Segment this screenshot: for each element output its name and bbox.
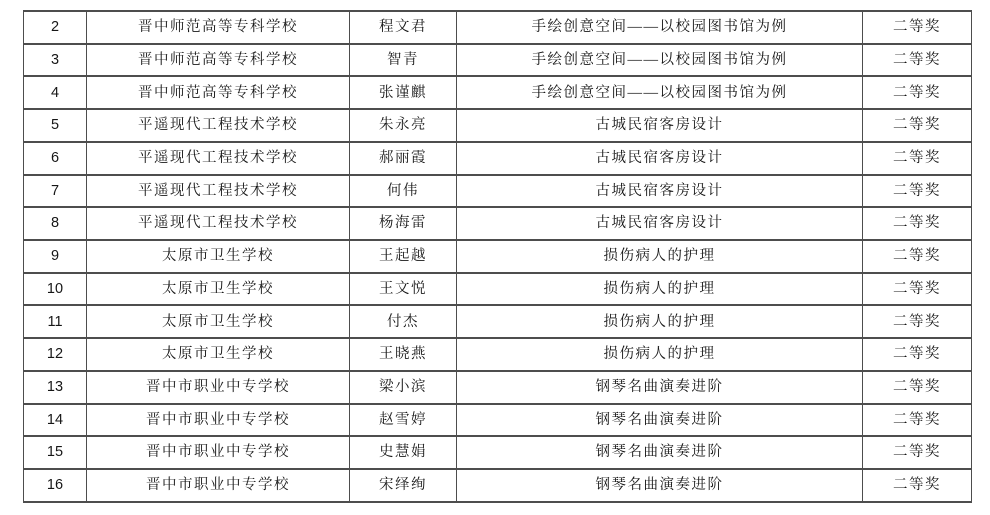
row-index-cell: 15 <box>24 436 87 469</box>
award-table: 2 晋中师范高等专科学校 程文君 手绘创意空间——以校园图书馆为例 二等奖 3 … <box>23 10 972 503</box>
school-name-cell: 平遥现代工程技术学校 <box>87 207 350 240</box>
award-level-cell: 二等奖 <box>863 404 972 437</box>
table-row: 15 晋中市职业中专学校 史慧娟 钢琴名曲演奏进阶 二等奖 <box>24 436 972 469</box>
table-row: 10 太原市卫生学校 王文悦 损伤病人的护理 二等奖 <box>24 273 972 306</box>
document-page: 2 晋中师范高等专科学校 程文君 手绘创意空间——以校园图书馆为例 二等奖 3 … <box>0 0 990 515</box>
project-title-cell: 钢琴名曲演奏进阶 <box>457 371 863 404</box>
award-level-cell: 二等奖 <box>863 305 972 338</box>
person-name-cell: 付杰 <box>350 305 457 338</box>
award-level-cell: 二等奖 <box>863 175 972 208</box>
row-index-cell: 16 <box>24 469 87 502</box>
person-name-cell: 张谨麒 <box>350 76 457 109</box>
person-name-cell: 郝丽霞 <box>350 142 457 175</box>
award-table-body: 2 晋中师范高等专科学校 程文君 手绘创意空间——以校园图书馆为例 二等奖 3 … <box>24 11 972 502</box>
school-name-cell: 晋中师范高等专科学校 <box>87 11 350 44</box>
table-row: 12 太原市卫生学校 王晓燕 损伤病人的护理 二等奖 <box>24 338 972 371</box>
award-level-cell: 二等奖 <box>863 207 972 240</box>
project-title-cell: 手绘创意空间——以校园图书馆为例 <box>457 44 863 77</box>
table-row: 9 太原市卫生学校 王起越 损伤病人的护理 二等奖 <box>24 240 972 273</box>
row-index-cell: 12 <box>24 338 87 371</box>
row-index-cell: 6 <box>24 142 87 175</box>
row-index-cell: 2 <box>24 11 87 44</box>
table-row: 14 晋中市职业中专学校 赵雪婷 钢琴名曲演奏进阶 二等奖 <box>24 404 972 437</box>
project-title-cell: 古城民宿客房设计 <box>457 207 863 240</box>
person-name-cell: 王起越 <box>350 240 457 273</box>
school-name-cell: 平遥现代工程技术学校 <box>87 175 350 208</box>
project-title-cell: 手绘创意空间——以校园图书馆为例 <box>457 11 863 44</box>
award-level-cell: 二等奖 <box>863 109 972 142</box>
row-index-cell: 4 <box>24 76 87 109</box>
table-row: 11 太原市卫生学校 付杰 损伤病人的护理 二等奖 <box>24 305 972 338</box>
award-level-cell: 二等奖 <box>863 11 972 44</box>
row-index-cell: 11 <box>24 305 87 338</box>
table-row: 6 平遥现代工程技术学校 郝丽霞 古城民宿客房设计 二等奖 <box>24 142 972 175</box>
school-name-cell: 太原市卫生学校 <box>87 273 350 306</box>
row-index-cell: 8 <box>24 207 87 240</box>
table-row: 3 晋中师范高等专科学校 智青 手绘创意空间——以校园图书馆为例 二等奖 <box>24 44 972 77</box>
person-name-cell: 赵雪婷 <box>350 404 457 437</box>
person-name-cell: 杨海雷 <box>350 207 457 240</box>
table-row: 7 平遥现代工程技术学校 何伟 古城民宿客房设计 二等奖 <box>24 175 972 208</box>
school-name-cell: 太原市卫生学校 <box>87 240 350 273</box>
award-level-cell: 二等奖 <box>863 240 972 273</box>
project-title-cell: 古城民宿客房设计 <box>457 109 863 142</box>
person-name-cell: 史慧娟 <box>350 436 457 469</box>
row-index-cell: 13 <box>24 371 87 404</box>
table-row: 13 晋中市职业中专学校 梁小滨 钢琴名曲演奏进阶 二等奖 <box>24 371 972 404</box>
school-name-cell: 晋中师范高等专科学校 <box>87 44 350 77</box>
project-title-cell: 古城民宿客房设计 <box>457 142 863 175</box>
row-index-cell: 9 <box>24 240 87 273</box>
award-level-cell: 二等奖 <box>863 76 972 109</box>
person-name-cell: 程文君 <box>350 11 457 44</box>
table-row: 4 晋中师范高等专科学校 张谨麒 手绘创意空间——以校园图书馆为例 二等奖 <box>24 76 972 109</box>
table-row: 8 平遥现代工程技术学校 杨海雷 古城民宿客房设计 二等奖 <box>24 207 972 240</box>
school-name-cell: 晋中师范高等专科学校 <box>87 76 350 109</box>
table-row: 16 晋中市职业中专学校 宋绎绚 钢琴名曲演奏进阶 二等奖 <box>24 469 972 502</box>
award-level-cell: 二等奖 <box>863 44 972 77</box>
project-title-cell: 钢琴名曲演奏进阶 <box>457 404 863 437</box>
school-name-cell: 太原市卫生学校 <box>87 305 350 338</box>
award-level-cell: 二等奖 <box>863 371 972 404</box>
table-row: 2 晋中师范高等专科学校 程文君 手绘创意空间——以校园图书馆为例 二等奖 <box>24 11 972 44</box>
award-level-cell: 二等奖 <box>863 469 972 502</box>
project-title-cell: 手绘创意空间——以校园图书馆为例 <box>457 76 863 109</box>
project-title-cell: 损伤病人的护理 <box>457 338 863 371</box>
person-name-cell: 宋绎绚 <box>350 469 457 502</box>
person-name-cell: 王晓燕 <box>350 338 457 371</box>
table-row: 5 平遥现代工程技术学校 朱永亮 古城民宿客房设计 二等奖 <box>24 109 972 142</box>
person-name-cell: 何伟 <box>350 175 457 208</box>
award-level-cell: 二等奖 <box>863 142 972 175</box>
school-name-cell: 晋中市职业中专学校 <box>87 436 350 469</box>
project-title-cell: 钢琴名曲演奏进阶 <box>457 436 863 469</box>
person-name-cell: 智青 <box>350 44 457 77</box>
project-title-cell: 损伤病人的护理 <box>457 273 863 306</box>
award-level-cell: 二等奖 <box>863 273 972 306</box>
school-name-cell: 晋中市职业中专学校 <box>87 371 350 404</box>
school-name-cell: 晋中市职业中专学校 <box>87 469 350 502</box>
award-level-cell: 二等奖 <box>863 338 972 371</box>
row-index-cell: 5 <box>24 109 87 142</box>
row-index-cell: 3 <box>24 44 87 77</box>
project-title-cell: 损伤病人的护理 <box>457 305 863 338</box>
project-title-cell: 钢琴名曲演奏进阶 <box>457 469 863 502</box>
project-title-cell: 古城民宿客房设计 <box>457 175 863 208</box>
person-name-cell: 王文悦 <box>350 273 457 306</box>
school-name-cell: 晋中市职业中专学校 <box>87 404 350 437</box>
school-name-cell: 平遥现代工程技术学校 <box>87 109 350 142</box>
school-name-cell: 太原市卫生学校 <box>87 338 350 371</box>
award-level-cell: 二等奖 <box>863 436 972 469</box>
project-title-cell: 损伤病人的护理 <box>457 240 863 273</box>
row-index-cell: 10 <box>24 273 87 306</box>
person-name-cell: 梁小滨 <box>350 371 457 404</box>
row-index-cell: 14 <box>24 404 87 437</box>
school-name-cell: 平遥现代工程技术学校 <box>87 142 350 175</box>
person-name-cell: 朱永亮 <box>350 109 457 142</box>
row-index-cell: 7 <box>24 175 87 208</box>
